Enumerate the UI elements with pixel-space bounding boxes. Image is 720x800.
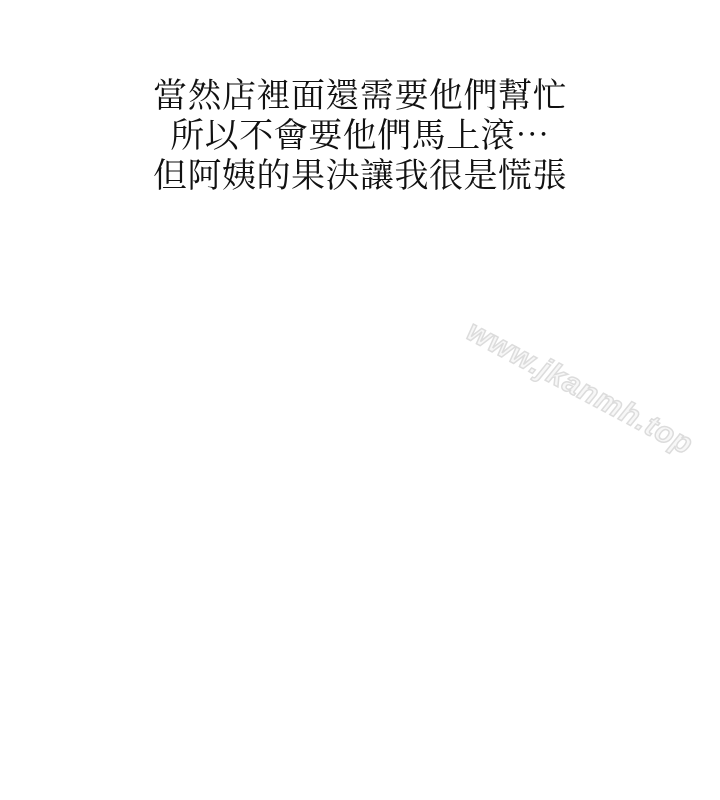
narration-line-1: 當然店裡面還需要他們幫忙 bbox=[0, 76, 720, 116]
narration-line-2: 所以不會要他們馬上滾⋯ bbox=[0, 116, 720, 156]
narration-text-block: 當然店裡面還需要他們幫忙 所以不會要他們馬上滾⋯ 但阿姨的果決讓我很是慌張 bbox=[0, 76, 720, 196]
site-watermark: www.jkanmh.top bbox=[457, 314, 720, 487]
narration-line-3: 但阿姨的果決讓我很是慌張 bbox=[0, 156, 720, 196]
comic-page: 當然店裡面還需要他們幫忙 所以不會要他們馬上滾⋯ 但阿姨的果決讓我很是慌張 ww… bbox=[0, 0, 720, 800]
